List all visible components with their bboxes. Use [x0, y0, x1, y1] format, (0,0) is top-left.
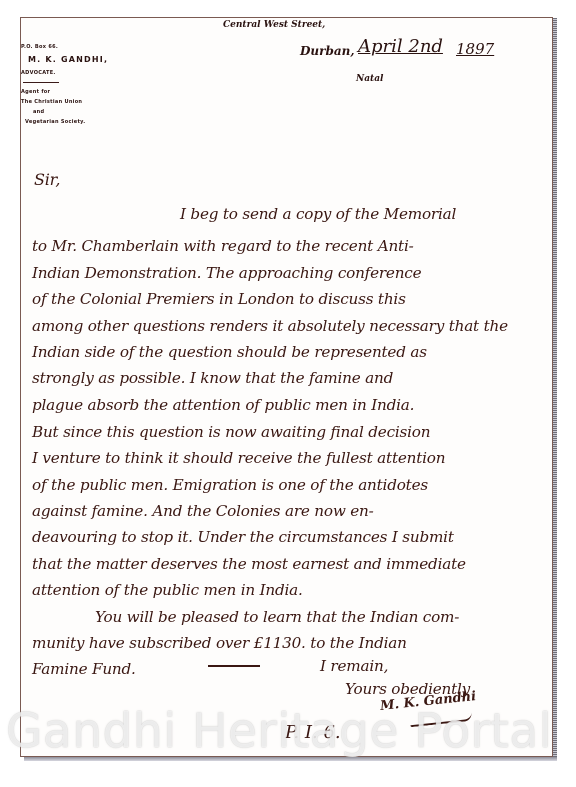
letter-line: Indian Demonstration. The approaching co…	[32, 264, 421, 282]
address-province: Natal	[356, 74, 383, 84]
letterhead-agent-line: Vegetarian Society.	[25, 117, 131, 127]
page-shadow-right	[553, 18, 557, 760]
letter-line: of the public men. Emigration is one of …	[32, 476, 428, 494]
letter-line: plague absorb the attention of public me…	[32, 396, 414, 414]
address-city: Durban,	[300, 44, 355, 58]
page-mark: P. I. 6.	[285, 722, 341, 743]
letterhead-name: M. K. GANDHI,	[28, 55, 131, 65]
letter-line: strongly as possible. I know that the fa…	[32, 369, 393, 387]
closing-dash	[208, 665, 260, 667]
letter-line: I venture to think it should receive the…	[32, 449, 445, 467]
letter-line: to Mr. Chamberlain with regard to the re…	[32, 237, 414, 255]
letter-line: attention of the public men in India.	[32, 581, 303, 599]
letter-line: among other questions renders it absolut…	[32, 317, 508, 335]
letter-line: I beg to send a copy of the Memorial	[180, 205, 456, 223]
letterhead: P.O. Box 66. M. K. GANDHI, ADVOCATE. Age…	[21, 42, 131, 127]
salutation: Sir,	[34, 170, 60, 189]
letter-year: 1897	[456, 40, 494, 58]
letter-line: You will be pleased to learn that the In…	[95, 608, 459, 626]
letterhead-divider	[23, 82, 59, 83]
letterhead-po-box: P.O. Box 66.	[21, 42, 131, 52]
letter-line: munity have subscribed over £1130. to th…	[32, 634, 407, 652]
letter-line: deavouring to stop it. Under the circums…	[32, 528, 454, 546]
letter-line: of the Colonial Premiers in London to di…	[32, 290, 406, 308]
page-shadow-bottom	[24, 757, 557, 761]
letter-line: But since this question is now awaiting …	[32, 423, 430, 441]
letter-line: against famine. And the Colonies are now…	[32, 502, 374, 520]
letterhead-agent-line: Agent for	[21, 87, 131, 97]
letterhead-title: ADVOCATE.	[21, 68, 131, 78]
letterhead-agent-line: and	[33, 107, 131, 117]
closing-remain: I remain,	[320, 657, 388, 675]
letter-line: Famine Fund.	[32, 660, 136, 678]
letter-date: April 2nd	[358, 36, 443, 57]
letter-line: Indian side of the question should be re…	[32, 343, 427, 361]
letter-line: that the matter deserves the most earnes…	[32, 555, 466, 573]
letterhead-agent-line: The Christian Union	[21, 97, 131, 107]
address-street: Central West Street,	[223, 20, 325, 30]
